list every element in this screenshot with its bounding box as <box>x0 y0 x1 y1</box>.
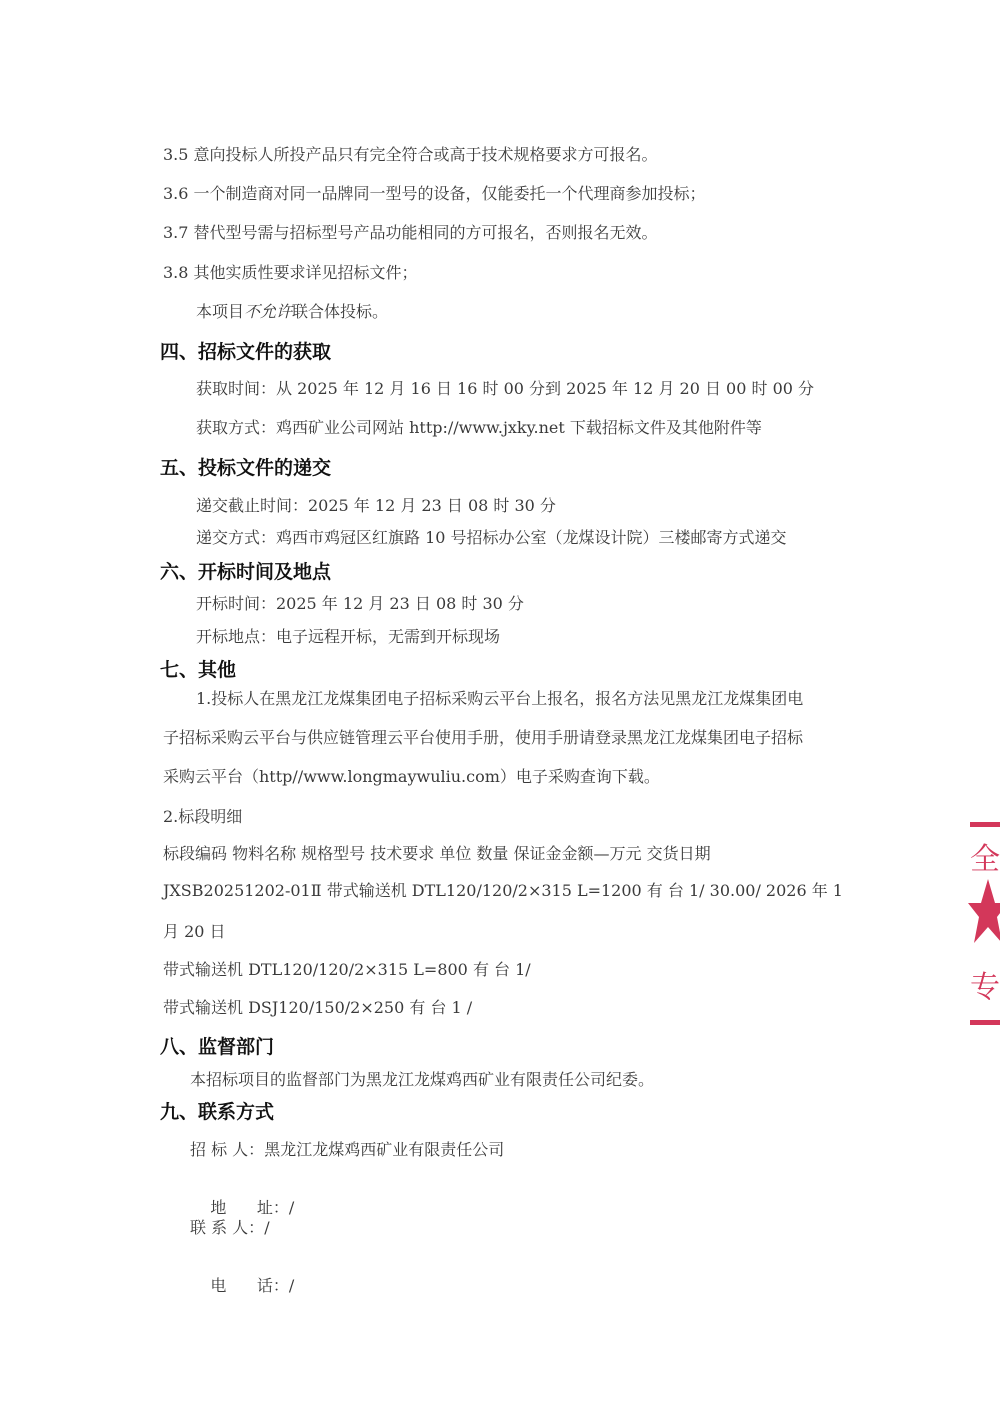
contact-value: / <box>264 1218 269 1237</box>
submit-method: 递交方式：鸡西市鸡冠区红旗路 10 号招标办公室（龙煤设计院）三楼邮寄方式递交 <box>196 525 787 548</box>
lot-row-2: 带式输送机 DTL120/120/2×315 L=800 有 台 1/ <box>163 957 531 980</box>
section6-title: 六、开标时间及地点 <box>160 557 331 584</box>
other-p1-line3: 采购云平台（http//www.longmaywuliu.com）电子采购查询下… <box>163 764 660 787</box>
consortium-prefix: 本项目 <box>196 302 244 321</box>
tenderer-label: 招 标 人： <box>190 1137 264 1160</box>
other-p1-line2: 子招标采购云平台与供应链管理云平台使用手册，使用手册请登录黑龙江龙煤集团电子招标 <box>163 725 803 748</box>
lot-detail-title: 2.标段明细 <box>163 804 242 827</box>
requirement-3-8: 3.8 其他实质性要求详见招标文件； <box>163 260 418 283</box>
other-p1-line1: 1.投标人在黑龙江龙煤集团电子招标采购云平台上报名，报名方法见黑龙江龙煤集团电 <box>196 686 803 709</box>
section5-title: 五、投标文件的递交 <box>160 453 331 480</box>
lot-row-1: JXSB20251202-01Ⅱ 带式输送机 DTL120/120/2×315 … <box>163 878 843 901</box>
acquire-time: 获取时间：从 2025 年 12 月 16 日 16 时 00 分到 2025 … <box>196 376 814 399</box>
contact-label: 联 系 人： <box>190 1215 264 1238</box>
section9-title: 九、联系方式 <box>160 1097 274 1124</box>
official-seal: 全 专 <box>966 822 1000 1026</box>
requirement-3-5: 3.5 意向投标人所投产品只有完全符合或高于技术规格要求方可报名。 <box>163 142 658 165</box>
phone-label: 电 话： <box>210 1273 289 1296</box>
contact-phone: 电 话：/ <box>190 1254 294 1315</box>
requirement-3-7: 3.7 替代型号需与招标型号产品功能相同的方可报名，否则报名无效。 <box>163 220 658 243</box>
lot-table-header: 标段编码 物料名称 规格型号 技术要求 单位 数量 保证金金额—万元 交货日期 <box>163 841 711 864</box>
seal-top-bar <box>970 822 1000 827</box>
consortium-handwritten: 不允许 <box>244 302 292 321</box>
supervision-text: 本招标项目的监督部门为黑龙江龙煤鸡西矿业有限责任公司纪委。 <box>190 1067 654 1090</box>
phone-value: / <box>289 1276 294 1295</box>
section8-title: 八、监督部门 <box>160 1032 274 1059</box>
section4-title: 四、招标文件的获取 <box>160 337 331 364</box>
opening-place: 开标地点：电子远程开标，无需到开标现场 <box>196 624 500 647</box>
lot-row-1-cont: 月 20 日 <box>163 919 226 942</box>
submit-deadline: 递交截止时间：2025 年 12 月 23 日 08 时 30 分 <box>196 493 556 516</box>
section7-title: 七、其他 <box>160 655 236 682</box>
seal-bottom-bar <box>970 1020 1000 1025</box>
requirement-3-6: 3.6 一个制造商对同一品牌同一型号的设备，仅能委托一个代理商参加投标； <box>163 181 706 204</box>
acquire-method: 获取方式：鸡西矿业公司网站 http://www.jxky.net 下载招标文件… <box>196 415 762 438</box>
lot-row-3: 带式输送机 DSJ120/150/2×250 有 台 1 / <box>163 995 472 1018</box>
seal-char-bottom: 专 <box>970 962 1000 1006</box>
consortium-note: 本项目不允许联合体投标。 <box>196 299 388 322</box>
contact-tenderer: 招 标 人：黑龙江龙煤鸡西矿业有限责任公司 <box>190 1137 504 1160</box>
tenderer-value: 黑龙江龙煤鸡西矿业有限责任公司 <box>264 1140 504 1159</box>
consortium-suffix: 联合体投标。 <box>292 302 388 321</box>
opening-time: 开标时间：2025 年 12 月 23 日 08 时 30 分 <box>196 591 524 614</box>
address-value: / <box>289 1198 294 1217</box>
contact-person: 联 系 人：/ <box>190 1215 270 1238</box>
seal-char-top: 全 <box>970 834 1000 878</box>
seal-star-icon <box>968 877 1000 947</box>
